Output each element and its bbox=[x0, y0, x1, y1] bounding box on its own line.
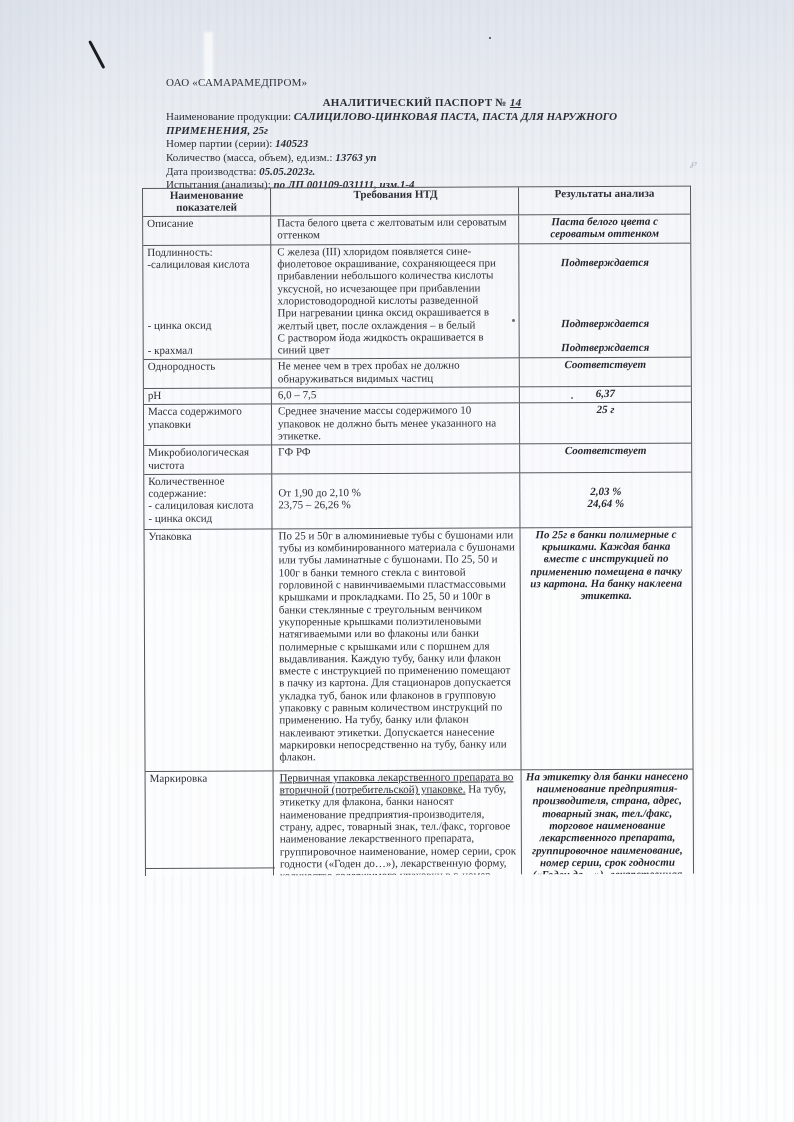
result-cell: По 25г в банки полимерные с крышками. Ка… bbox=[520, 527, 692, 769]
requirement-cell: По 25 и 50г в алюминиевые тубы с бушонам… bbox=[272, 528, 521, 770]
document-title: АНАЛИТИЧЕСКИЙ ПАСПОРТ № 14 bbox=[166, 97, 678, 111]
row-packaging: Упаковка По 25 и 50г в алюминиевые тубы … bbox=[144, 527, 692, 771]
scan-smudge: ℘ bbox=[690, 158, 696, 169]
indicator-name-cell: Упаковка bbox=[144, 529, 273, 771]
indicator-name-cell: pH bbox=[144, 388, 272, 404]
sub-label-zinc-oxide: - цинка оксид bbox=[148, 320, 267, 333]
production-date-field: Дата производства: 05.05.2023г. bbox=[166, 166, 678, 180]
requirement-cell: Паста белого цвета с желтоватым или серо… bbox=[271, 216, 519, 245]
result-cell: 6,37 bbox=[520, 387, 691, 403]
result-cell: Соответствует bbox=[520, 444, 691, 472]
requirement-cell: Первичная упаковка лекарственного препар… bbox=[274, 770, 523, 876]
company-name: ОАО «САМАРАМЕДПРОМ» bbox=[166, 77, 678, 91]
field-label: Дата производства: bbox=[166, 166, 256, 178]
document-number: 14 bbox=[510, 97, 522, 109]
result-cell: Паста белого цвета с сероватым оттенком bbox=[519, 215, 690, 243]
indicator-name-cell: Количественное содержание: - салициловая… bbox=[144, 474, 272, 529]
requirement-cell: Среднее значение массы содержимого 10 уп… bbox=[272, 404, 520, 445]
field-value: 13763 уп bbox=[335, 152, 376, 164]
field-label: Количество (масса, объем), ед.изм.: bbox=[166, 152, 332, 164]
indicator-name-cell: Описание bbox=[143, 217, 271, 245]
quantity-field: Количество (масса, объем), ед.изм.: 1376… bbox=[166, 152, 678, 166]
pen-mark bbox=[88, 40, 105, 69]
document-title-text: АНАЛИТИЧЕСКИЙ ПАСПОРТ № bbox=[323, 97, 507, 109]
indicator-name-cell: Масса содержимого упаковки bbox=[144, 405, 272, 445]
row-quantitative-content: Количественное содержание: - салициловая… bbox=[144, 472, 691, 529]
table-header-row: Наименование показателей Требования НТД … bbox=[143, 187, 690, 218]
sub-label-starch: - крахмал bbox=[148, 344, 267, 357]
product-name-field: Наименование продукции: САЛИЦИЛОВО-ЦИНКО… bbox=[166, 111, 678, 138]
batch-number-field: Номер партии (серии): 140523 bbox=[166, 138, 678, 152]
result-cell: На этикетку для банки нанесено наименова… bbox=[522, 769, 694, 876]
requirement-cell: С железа (III) хлоридом появляется сине-… bbox=[271, 244, 519, 359]
field-value: 05.05.2023г. bbox=[259, 166, 315, 178]
row-authenticity: Подлинность: -салициловая кислота - цинк… bbox=[143, 243, 690, 360]
requirement-cell: 6,0 – 7,5 bbox=[272, 387, 520, 403]
result-cell: Подтверждается Подтверждается Подтвержда… bbox=[519, 243, 690, 357]
row-uniformity: Однородность Не менее чем в трех пробах … bbox=[144, 358, 691, 389]
result-cell: Соответствует bbox=[520, 358, 691, 386]
header-ntd-requirements: Требования НТД bbox=[271, 187, 519, 215]
requirement-cell: Не менее чем в трех пробах не должно обн… bbox=[272, 359, 520, 388]
row-content-mass: Масса содержимого упаковки Среднее значе… bbox=[144, 403, 691, 446]
sub-label-salicylic-acid: - салициловая кислота bbox=[148, 500, 267, 513]
requirement-cell: ГФ РФ bbox=[272, 445, 520, 474]
field-value: 140523 bbox=[275, 138, 308, 150]
indicator-name-cell: Микробиологическая чистота bbox=[144, 446, 272, 474]
header-indicator-name: Наименование показателей bbox=[143, 188, 271, 216]
row-marking: Маркировка Первичная упаковка лекарствен… bbox=[146, 769, 694, 876]
field-label: Наименование продукции: bbox=[166, 111, 291, 123]
row-microbiological-purity: Микробиологическая чистота ГФ РФ Соответ… bbox=[144, 444, 691, 475]
sub-label-zinc-oxide: - цинка оксид bbox=[148, 512, 267, 525]
requirement-cell: От 1,90 до 2,10 % 23,75 – 26,26 % bbox=[272, 473, 520, 528]
result-cell: 2,03 % 24,64 % bbox=[520, 472, 691, 527]
result-cell: 25 г bbox=[520, 403, 691, 444]
scan-speck bbox=[489, 37, 491, 39]
analysis-table: Наименование показателей Требования НТД … bbox=[142, 186, 694, 876]
document-header: ОАО «САМАРАМЕДПРОМ» АНАЛИТИЧЕСКИЙ ПАСПОР… bbox=[166, 77, 678, 193]
row-description: Описание Паста белого цвета с желтоватым… bbox=[143, 215, 690, 246]
header-analysis-results: Результаты анализа bbox=[519, 187, 690, 215]
sub-label-salicylic-acid: -салициловая кислота bbox=[147, 259, 266, 272]
field-label: Номер партии (серии): bbox=[166, 138, 272, 150]
indicator-name-cell: Маркировка bbox=[146, 771, 275, 876]
indicator-name-cell: Однородность bbox=[144, 360, 272, 388]
scanned-document-page: ℘ ОАО «САМАРАМЕДПРОМ» АНАЛИТИЧЕСКИЙ ПАСП… bbox=[0, 0, 794, 1122]
indicator-name-cell: Подлинность: -салициловая кислота - цинк… bbox=[143, 245, 271, 359]
